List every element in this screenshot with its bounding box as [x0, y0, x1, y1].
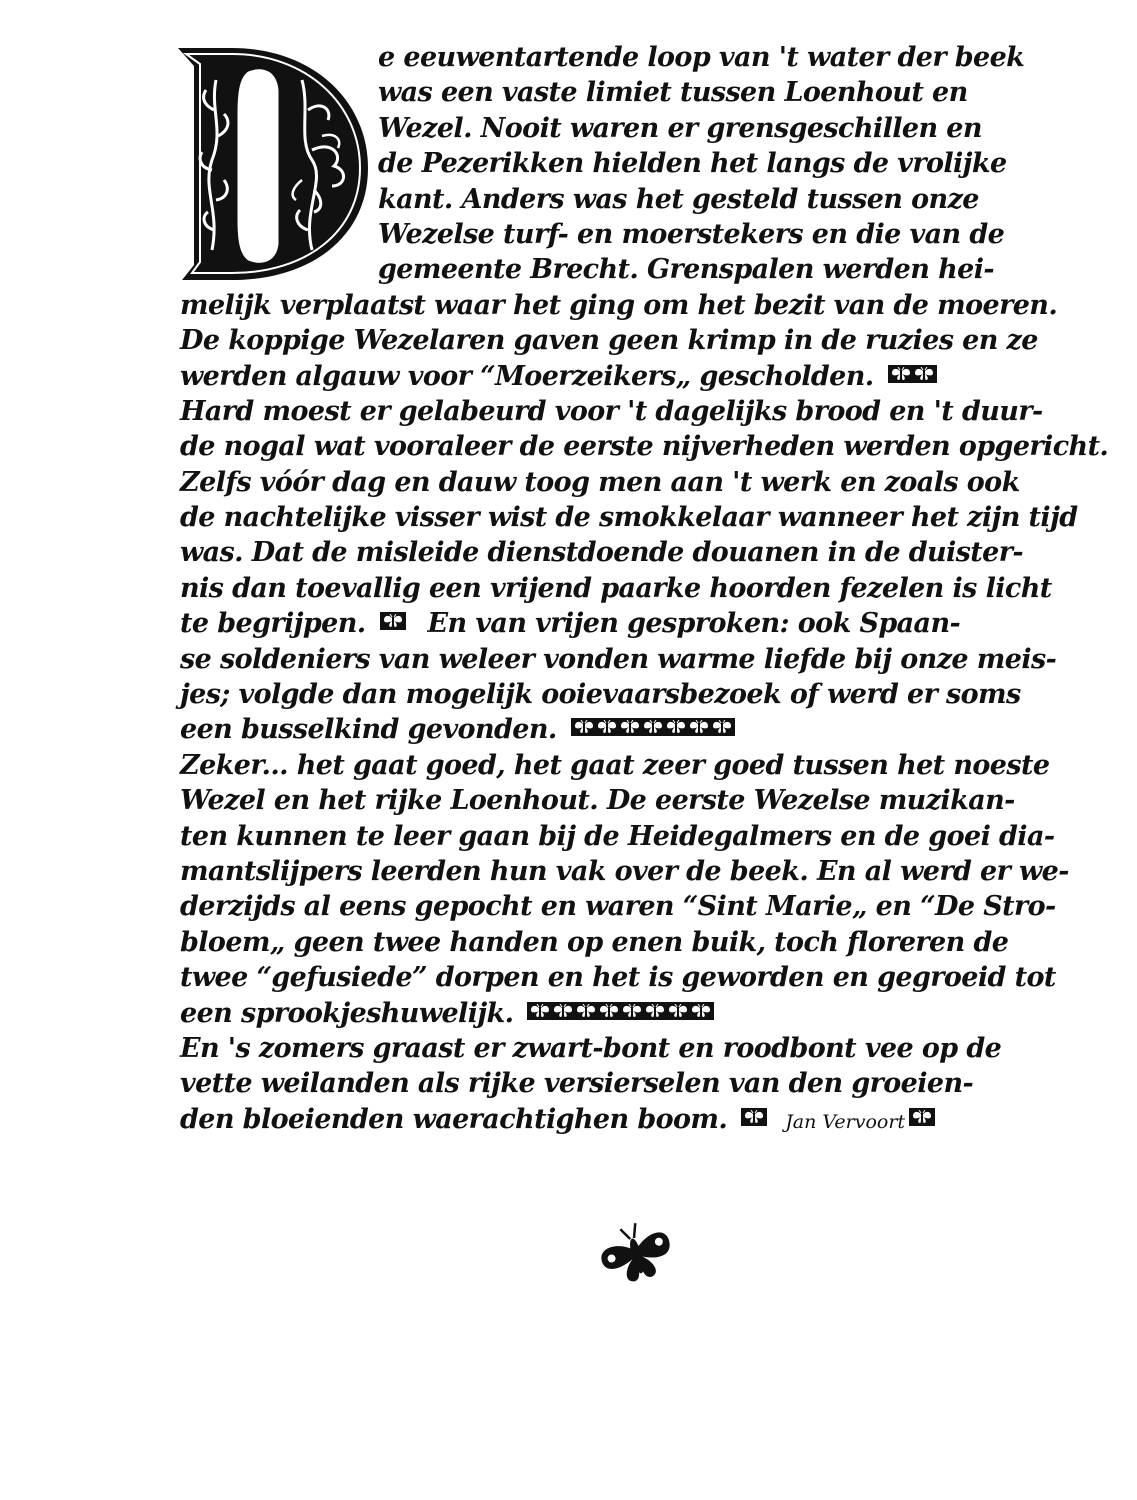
butterfly-ornament-icon — [689, 720, 709, 734]
text-line: Hard moest er gelabeurd voor 't dagelijk… — [180, 394, 880, 429]
line-text: Zeker... het gaat goed, het gaat zeer go… — [180, 748, 1049, 783]
text-line: nis dan toevallig een vrijend paarke hoo… — [180, 571, 880, 606]
line-text: De koppige Wezelaren gaven geen krimp in… — [180, 323, 1038, 358]
butterfly-ornament-bar — [380, 612, 406, 630]
line-text: werden algauw voor “Moerzeikers„ geschol… — [180, 359, 874, 394]
line-text: te begrijpen. — [180, 606, 366, 641]
text-line: een sprookjeshuwelijk. — [180, 996, 880, 1031]
text-line: jes; volgde dan mogelijk ooievaarsbezoek… — [180, 677, 880, 712]
text-line: Zeker... het gaat goed, het gaat zeer go… — [180, 748, 880, 783]
line-text: gemeente Brecht. Grenspalen werden hei- — [378, 252, 994, 287]
line-text: jes; volgde dan mogelijk ooievaarsbezoek… — [180, 677, 1021, 712]
line-text: de nachtelijke visser wist de smokkelaar… — [180, 500, 1078, 535]
text-line: een busselkind gevonden. — [180, 712, 880, 747]
line-text: de nogal wat vooraleer de eerste nijverh… — [180, 429, 1108, 464]
text-line: melijk verplaatst waar het ging om het b… — [180, 288, 880, 323]
author-signature: Jan Vervoort — [785, 1105, 905, 1140]
butterfly-ornament-icon — [574, 720, 594, 734]
butterfly-ornament-icon — [712, 720, 732, 734]
text-line: twee “gefusiede” dorpen en het is geword… — [180, 960, 880, 995]
line-text: mantslijpers leerden hun vak over de bee… — [180, 854, 1069, 889]
butterfly-ornament-icon — [643, 720, 663, 734]
line-text: En van vrijen gesproken: ook Spaan- — [428, 606, 961, 641]
butterfly-ornament-icon — [576, 1004, 596, 1018]
butterfly-ornament-icon — [620, 720, 640, 734]
text-line: Wezel en het rijke Loenhout. De eerste W… — [180, 783, 880, 818]
line-text: kant. Anders was het gesteld tussen onze — [378, 182, 979, 217]
text-line: bloem„ geen twee handen op enen buik, to… — [180, 925, 880, 960]
butterfly-ornament-bar — [888, 365, 937, 383]
butterfly-ornament-bar — [741, 1108, 767, 1126]
text-line: te begrijpen.En van vrijen gesproken: oo… — [180, 606, 880, 641]
line-text: derzijds al eens gepocht en waren “Sint … — [180, 889, 1056, 924]
line-text: was een vaste limiet tussen Loenhout en — [378, 75, 968, 110]
line-text: was. Dat de misleide dienstdoende douane… — [180, 535, 1023, 570]
text-line: was. Dat de misleide dienstdoende douane… — [180, 535, 880, 570]
text-line: vette weilanden als rijke versierselen v… — [180, 1066, 880, 1101]
butterfly-ornament-bar — [909, 1108, 935, 1126]
text-line: derzijds al eens gepocht en waren “Sint … — [180, 889, 880, 924]
line-text: Wezel en het rijke Loenhout. De eerste W… — [180, 783, 1015, 818]
butterfly-ornament-icon — [622, 1004, 642, 1018]
text-line: gemeente Brecht. Grenspalen werden hei- — [180, 252, 880, 287]
text-line: kant. Anders was het gesteld tussen onze — [180, 182, 880, 217]
text-line: se soldeniers van weleer vonden warme li… — [180, 642, 880, 677]
text-line: De koppige Wezelaren gaven geen krimp in… — [180, 323, 880, 358]
butterfly-ornament-icon — [891, 367, 911, 381]
text-line: werden algauw voor “Moerzeikers„ geschol… — [180, 359, 880, 394]
line-text: En 's zomers graast er zwart-bont en roo… — [180, 1031, 1001, 1066]
body-text: e eeuwentartende loop van 't water der b… — [180, 40, 880, 1137]
butterfly-ornament-icon — [668, 1004, 688, 1018]
butterfly-ornament-icon — [744, 1110, 764, 1124]
line-text: Wezel. Nooit waren er grensgeschillen en — [378, 111, 982, 146]
text-line: Wezel. Nooit waren er grensgeschillen en — [180, 111, 880, 146]
document-page: e eeuwentartende loop van 't water der b… — [0, 0, 1137, 1500]
line-text: ten kunnen te leer gaan bij de Heidegalm… — [180, 819, 1054, 854]
butterfly-ornament-icon — [383, 614, 403, 628]
line-text: een sprookjeshuwelijk. — [180, 996, 513, 1031]
line-text: den bloeienden waerachtighen boom. — [180, 1102, 727, 1137]
butterfly-ornament-icon — [912, 1110, 932, 1124]
text-line: e eeuwentartende loop van 't water der b… — [180, 40, 880, 75]
text-line: mantslijpers leerden hun vak over de bee… — [180, 854, 880, 889]
text-line: de Pezerikken hielden het langs de vroli… — [180, 146, 880, 181]
line-text: een busselkind gevonden. — [180, 712, 557, 747]
butterfly-ornament-icon — [914, 367, 934, 381]
text-line: de nachtelijke visser wist de smokkelaar… — [180, 500, 880, 535]
line-text: melijk verplaatst waar het ging om het b… — [180, 288, 1057, 323]
line-text: twee “gefusiede” dorpen en het is geword… — [180, 960, 1056, 995]
butterfly-ornament-icon — [597, 720, 617, 734]
line-text: bloem„ geen twee handen op enen buik, to… — [180, 925, 1008, 960]
butterfly-ornament-icon — [599, 1004, 619, 1018]
line-text: de Pezerikken hielden het langs de vroli… — [378, 146, 1007, 181]
line-text: Wezelse turf- en moerstekers en die van … — [378, 217, 1004, 252]
text-line: de nogal wat vooraleer de eerste nijverh… — [180, 429, 880, 464]
text-line: Zelfs vóór dag en dauw toog men aan 't w… — [180, 465, 880, 500]
butterfly-ornament-icon — [666, 720, 686, 734]
text-line: Wezelse turf- en moerstekers en die van … — [180, 217, 880, 252]
line-text: Zelfs vóór dag en dauw toog men aan 't w… — [180, 465, 1020, 500]
butterfly-ornament-icon — [553, 1004, 573, 1018]
butterfly-ornament-icon — [530, 1004, 550, 1018]
line-text: e eeuwentartende loop van 't water der b… — [378, 40, 1024, 75]
line-text: Hard moest er gelabeurd voor 't dagelijk… — [180, 394, 1043, 429]
line-text: se soldeniers van weleer vonden warme li… — [180, 642, 1056, 677]
line-text: vette weilanden als rijke versierselen v… — [180, 1066, 973, 1101]
text-line: ten kunnen te leer gaan bij de Heidegalm… — [180, 819, 880, 854]
butterfly-ornament-icon — [691, 1004, 711, 1018]
butterfly-icon — [597, 1222, 675, 1284]
text-line: En 's zomers graast er zwart-bont en roo… — [180, 1031, 880, 1066]
text-line: den bloeienden waerachtighen boom.Jan Ve… — [180, 1102, 880, 1137]
butterfly-ornament-bar — [571, 718, 735, 736]
text-line: was een vaste limiet tussen Loenhout en — [180, 75, 880, 110]
butterfly-ornament-bar — [527, 1002, 714, 1020]
line-text: nis dan toevallig een vrijend paarke hoo… — [180, 571, 1052, 606]
butterfly-ornament-icon — [645, 1004, 665, 1018]
